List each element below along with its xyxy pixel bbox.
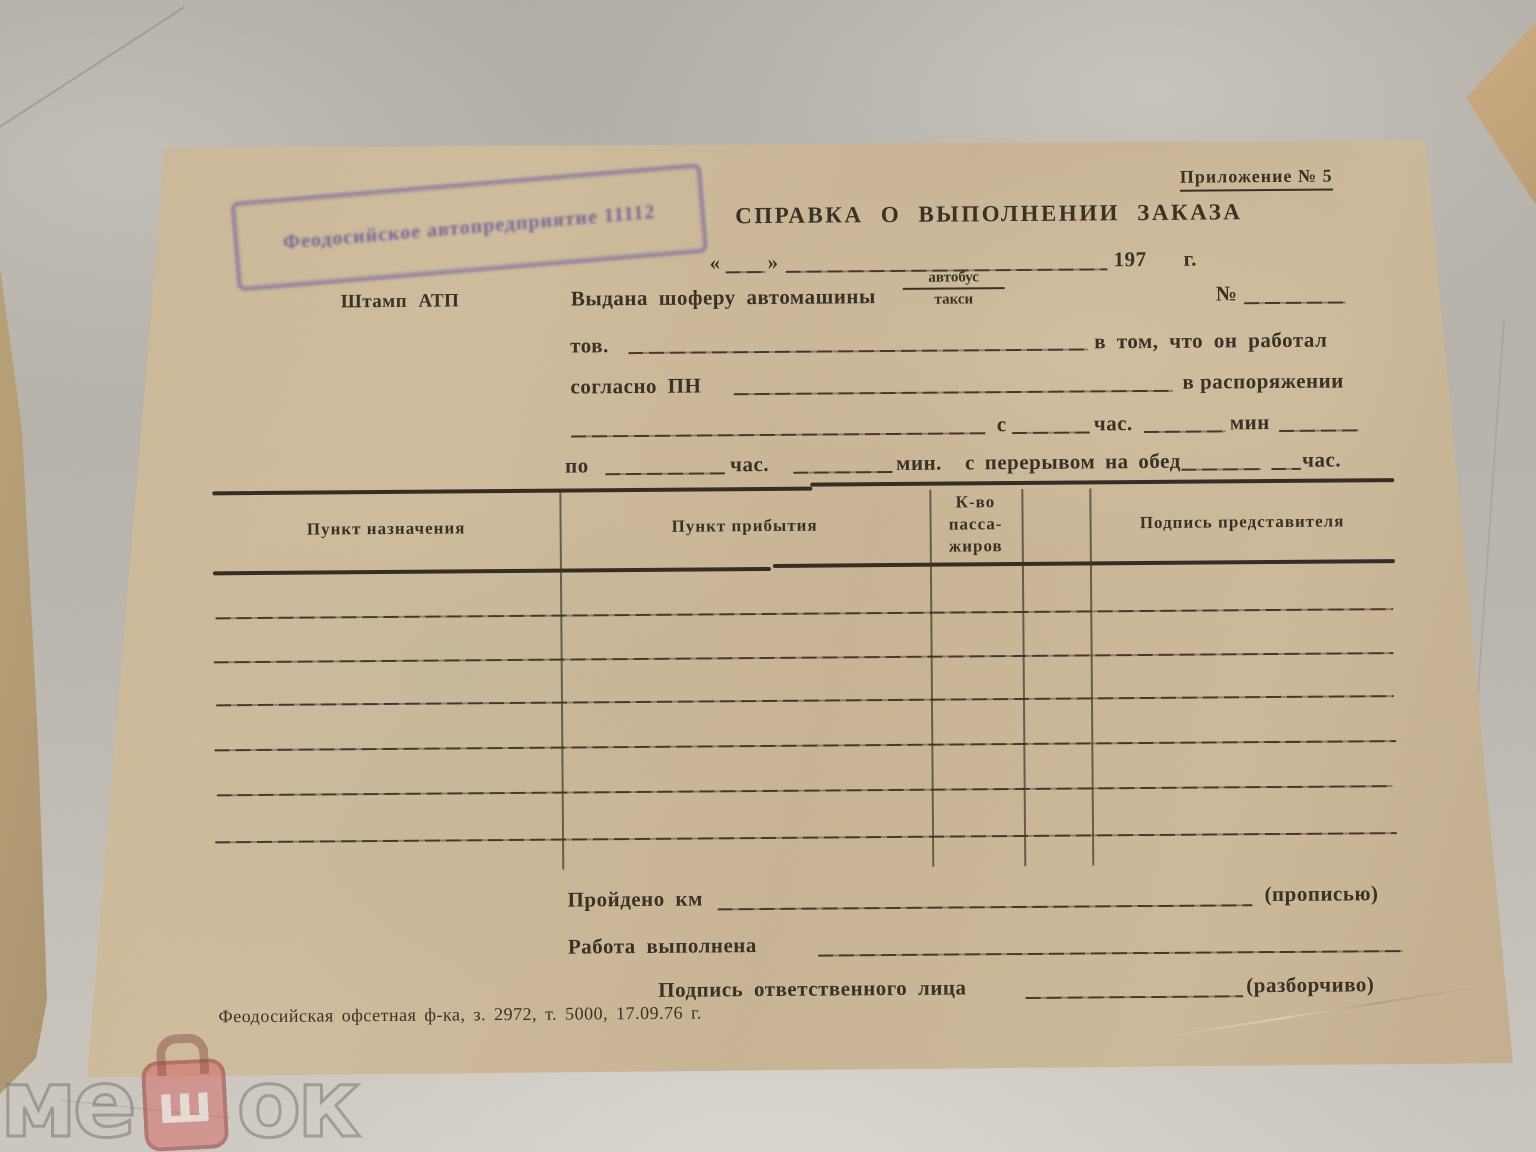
blank-driver-name: [628, 348, 1088, 354]
blank-work-done: [818, 950, 1403, 957]
number-sign: №: [1216, 281, 1238, 306]
appendix-note: Приложение № 5: [1180, 166, 1333, 192]
date-quote-open: «: [709, 250, 720, 275]
from-hours-label: час.: [1094, 411, 1133, 436]
work-done-label: Работа выполнена: [568, 933, 757, 959]
table-row-line: [215, 832, 1397, 843]
signature-suffix: (разборчиво): [1246, 972, 1374, 998]
table-top-border: [810, 478, 1394, 487]
date-quote-close: »: [767, 250, 778, 275]
blank-to-minutes: [793, 471, 893, 474]
blank-organization: [571, 432, 986, 437]
table-header-bottom-border: [773, 559, 1395, 568]
to-minutes-label: мин.: [896, 451, 942, 476]
blank-pn: [734, 390, 1174, 395]
distance-suffix: (прописью): [1264, 881, 1378, 907]
table-header-signature: Подпись представителя: [1090, 510, 1395, 534]
blank-distance: [718, 904, 1253, 910]
pn-label: согласно ПН: [570, 374, 701, 400]
blank-from-minutes: [1144, 430, 1226, 433]
blank-lunch-2: [1271, 468, 1301, 470]
trips-table: Пункт назначения Пункт прибытия К-во пас…: [212, 482, 1397, 872]
to-prep: по: [565, 453, 589, 478]
form-title: СПРАВКА О ВЫПОЛНЕНИИ ЗАКАЗА: [735, 199, 1243, 229]
organization-stamp-text: Феодосийское автопредприятие 11112: [283, 200, 656, 254]
from-minutes-label: мин: [1230, 410, 1270, 435]
printed-content: Приложение № 5 Феодосийское автопредприя…: [0, 0, 1536, 1152]
watermark-text-left: ме: [0, 1058, 133, 1152]
photo-scene: Приложение № 5 Феодосийское автопредприя…: [0, 0, 1536, 1152]
lunch-text: с перерывом на обед: [965, 449, 1181, 476]
table-column-line: [1089, 488, 1094, 865]
table-row-line: [214, 652, 1394, 663]
table-row-line: [216, 695, 1394, 706]
signature-label: Подпись ответственного лица: [658, 975, 966, 1002]
watermark-text-right: ок: [237, 1058, 357, 1152]
table-header-destination: Пункт назначения: [213, 517, 560, 542]
table-header-passengers: К-во пасса- жиров: [929, 491, 1022, 558]
organization-stamp: Феодосийское автопредприятие 11112: [230, 163, 708, 292]
blank-lunch-1: [1181, 468, 1261, 471]
blank-from-hours: [1012, 431, 1090, 434]
date-year: 197: [1113, 247, 1146, 272]
blank-after-minutes: [1279, 429, 1359, 432]
from-prep: с: [997, 412, 1007, 437]
print-imprint: Феодосийская офсетная ф-ка, з. 2972, т. …: [218, 1003, 702, 1028]
watermark-bag-letter: ш: [145, 1062, 225, 1148]
pn-suffix: в распоряжении: [1182, 368, 1344, 394]
tov-suffix: в том, что он работал: [1094, 328, 1327, 355]
blank-number: [1244, 301, 1346, 304]
blank-to-hours: [605, 472, 725, 475]
blank-date-day: [726, 271, 766, 273]
vehicle-type-taxi: такси: [903, 287, 1005, 308]
blank-signature: [1025, 995, 1243, 999]
date-year-suffix: г.: [1183, 247, 1197, 272]
issued-prefix: Выдана шоферу автомашины: [571, 284, 876, 311]
vehicle-type-fraction: автобус такси: [903, 269, 1005, 308]
to-hours-label: час.: [730, 452, 769, 477]
atp-stamp-label: Штамп АТП: [341, 290, 460, 313]
shopping-bag-icon: ш: [140, 1058, 229, 1152]
table-top-border: [212, 487, 812, 496]
table-row-line: [215, 608, 1393, 619]
site-watermark: ме ш ок: [0, 1058, 357, 1152]
table-row-line: [217, 785, 1393, 796]
table-header-arrival: Пункт прибытия: [560, 514, 930, 539]
table-row-line: [214, 740, 1396, 751]
lunch-hours-label: час.: [1302, 447, 1341, 472]
vehicle-type-bus: автобус: [903, 269, 1005, 286]
distance-label: Пройдено км: [567, 887, 703, 913]
table-column-line: [1021, 489, 1026, 866]
tov-label: тов.: [570, 333, 609, 358]
table-column-line: [559, 493, 564, 870]
table-header-bottom-border: [213, 567, 771, 575]
